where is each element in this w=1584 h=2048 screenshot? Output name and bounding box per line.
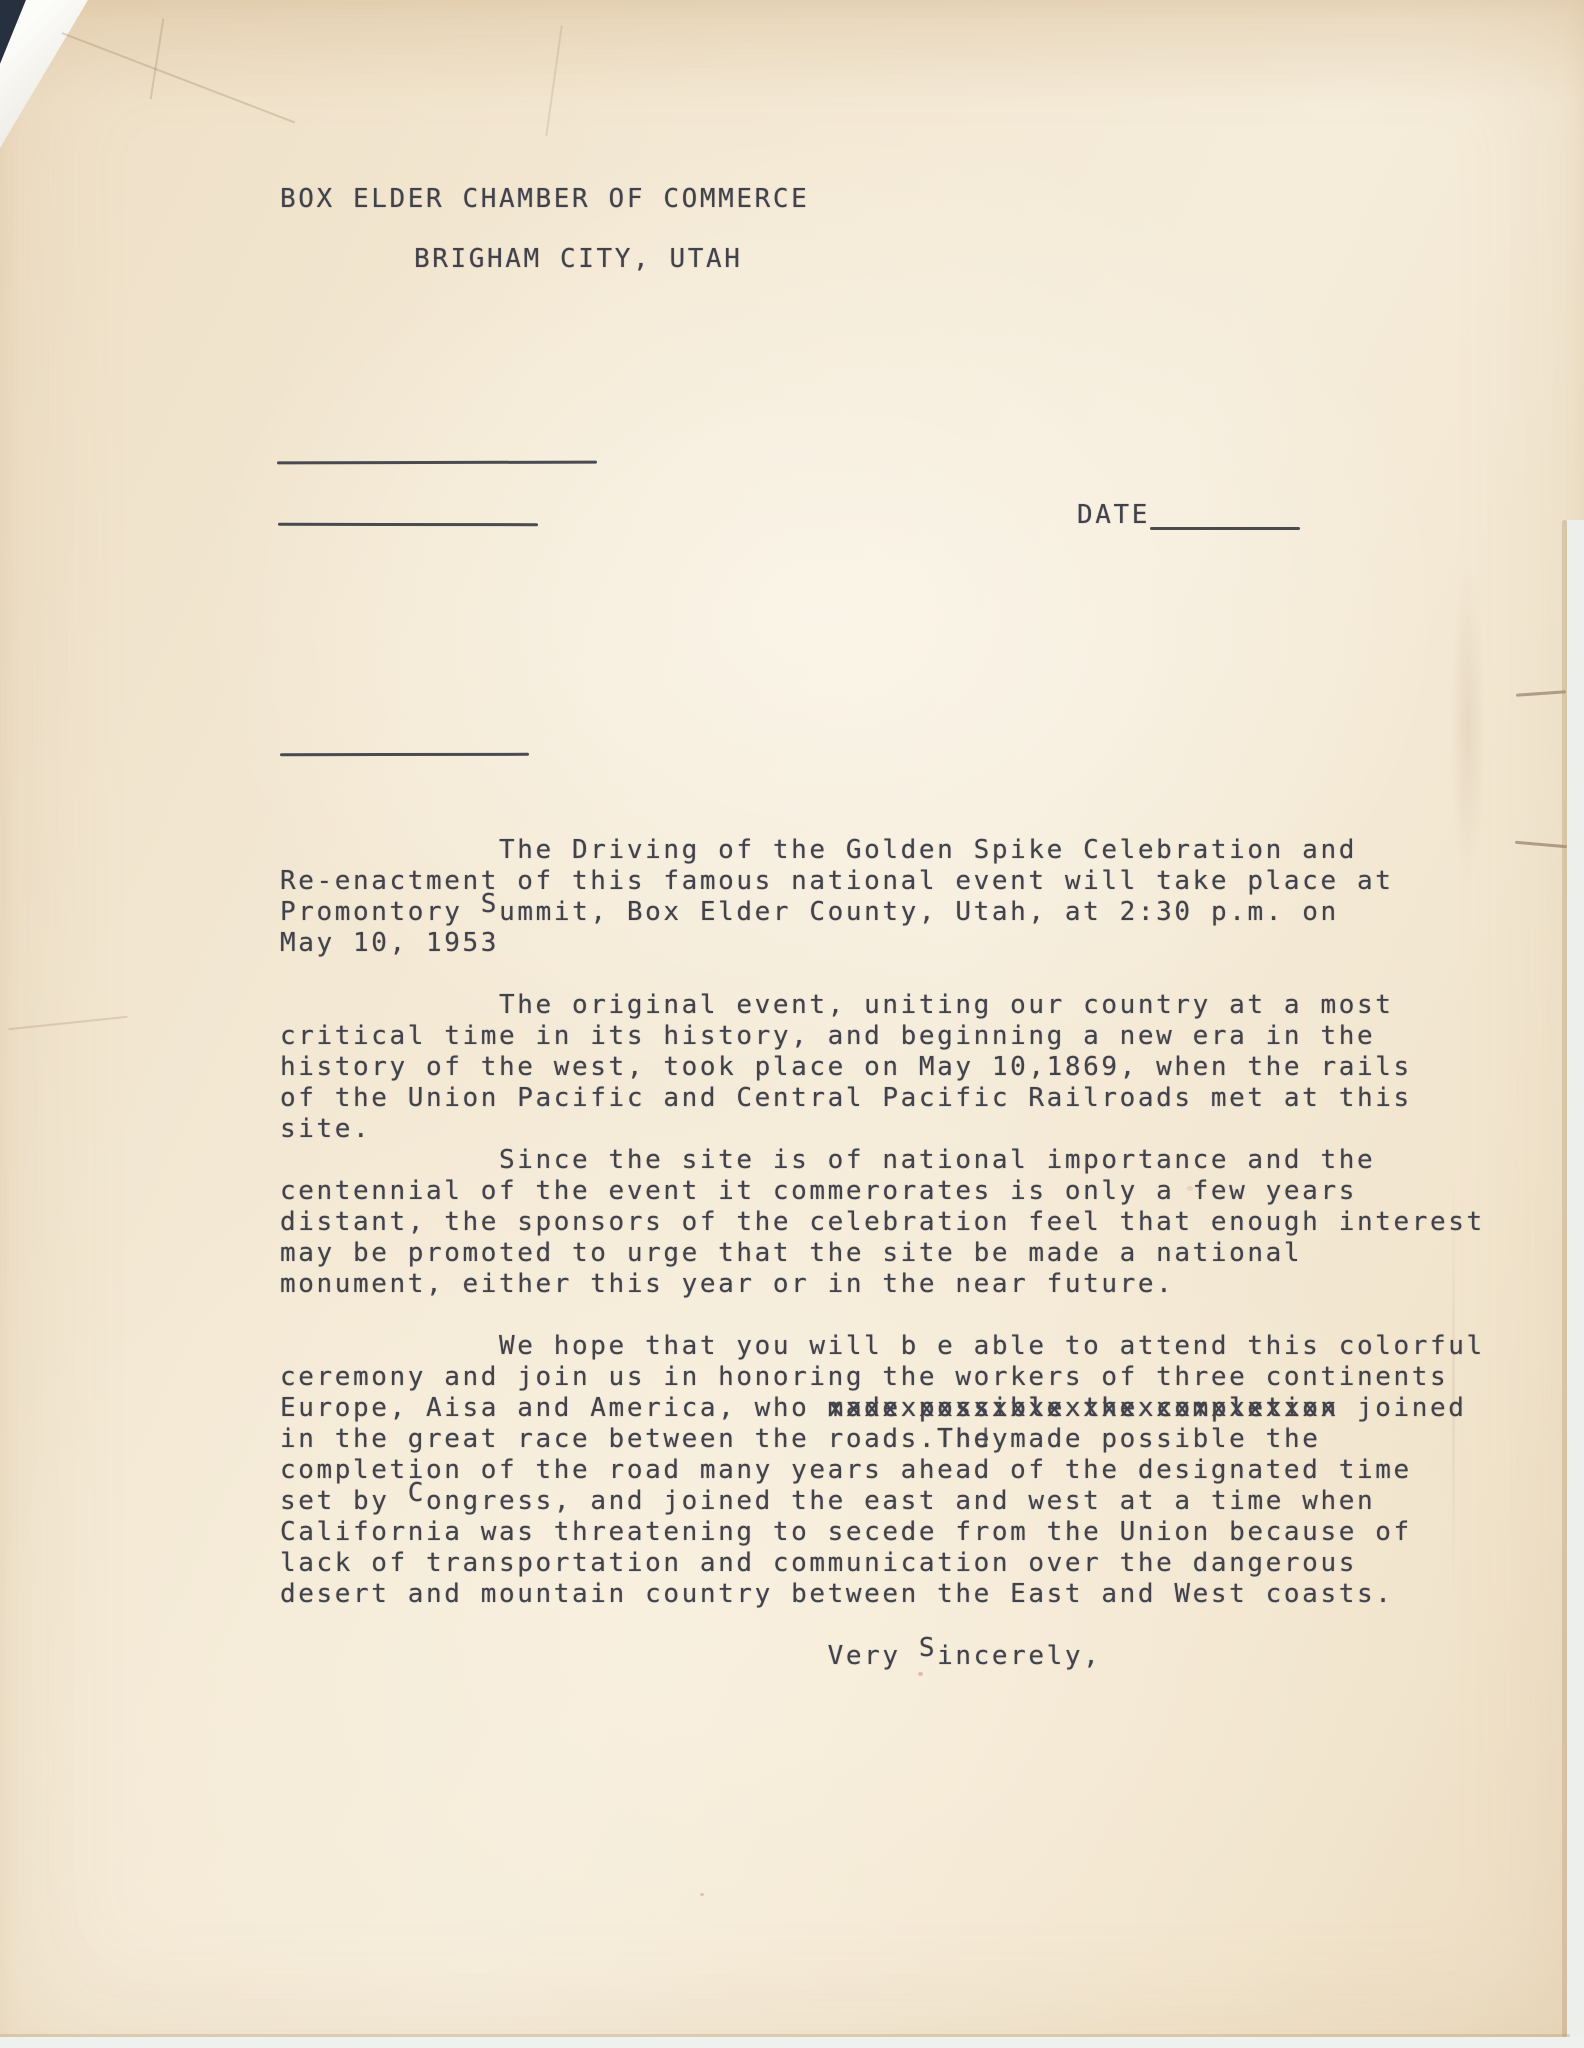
paper-crease <box>150 18 165 99</box>
letter-line: completion of the road many years ahead … <box>280 1455 1485 1486</box>
raised-letter: S <box>481 889 499 919</box>
scanner-background-bottom <box>0 2037 1584 2048</box>
fill-in-line-2 <box>278 523 538 526</box>
organization-location: BRIGHAM CITY, UTAH <box>414 244 743 274</box>
paper-speck <box>918 1672 923 1676</box>
paper-crease <box>61 32 295 123</box>
letter-body: The Driving of the Golden Spike Celebrat… <box>280 835 1485 1672</box>
raised-letter: S <box>919 1633 937 1663</box>
raised-letter: C <box>408 1478 426 1508</box>
letter-line: site. <box>280 1114 1485 1145</box>
paper-crease <box>1516 690 1566 696</box>
letter-line: Europe, Aisa and America, who made possi… <box>280 1393 1485 1424</box>
scanner-background-right <box>1567 520 1584 2048</box>
paper-crease <box>545 25 563 136</box>
fill-in-line-1 <box>277 461 597 465</box>
closing-line: Very Sincerely, <box>280 1641 1485 1672</box>
letter-line: history of the west, took place on May 1… <box>280 1052 1485 1083</box>
overtyped-text: TheyThd <box>937 1424 1010 1455</box>
letter-line: The Driving of the Golden Spike Celebrat… <box>280 835 1485 866</box>
letter-line: Since the site is of national importance… <box>280 1145 1485 1176</box>
struck-out-text: made possible the completionxxxxxxxxxxxx… <box>828 1393 1339 1424</box>
blank-line <box>280 1610 1485 1641</box>
letter-line: may be promoted to urge that the site be… <box>280 1238 1485 1269</box>
letter-line: set by Congress, and joined the east and… <box>280 1486 1485 1517</box>
blank-line <box>280 959 1485 990</box>
letter-line: critical time in its history, and beginn… <box>280 1021 1485 1052</box>
letter-line: California was threatening to secede fro… <box>280 1517 1485 1548</box>
letter-line: The original event, uniting our country … <box>280 990 1485 1021</box>
paper-sheet: BOX ELDER CHAMBER OF COMMERCE BRIGHAM CI… <box>0 0 1584 2048</box>
paper-speck <box>700 1893 704 1896</box>
letter-line: lack of transportation and communication… <box>280 1548 1485 1579</box>
letter-line: of the Union Pacific and Central Pacific… <box>280 1083 1485 1114</box>
letter-line: May 10, 1953 <box>280 928 1485 959</box>
blank-line <box>280 1300 1485 1331</box>
letter-line: in the great race between the roads.They… <box>280 1424 1485 1455</box>
letter-line: distant, the sponsors of the celebration… <box>280 1207 1485 1238</box>
paper-crease <box>1515 841 1567 849</box>
paper-crease <box>8 1016 128 1031</box>
date-fill-in-line <box>1150 527 1300 530</box>
letter-line: centennial of the event it commerorates … <box>280 1176 1485 1207</box>
letter-line: Re-enactment of this famous national eve… <box>280 866 1485 897</box>
letter-line: monument, either this year or in the nea… <box>280 1269 1485 1300</box>
date-label: DATE <box>1077 500 1150 530</box>
letter-line: Promontory Summit, Box Elder County, Uta… <box>280 897 1485 928</box>
organization-name: BOX ELDER CHAMBER OF COMMERCE <box>280 184 809 214</box>
fill-in-line-3 <box>280 753 529 756</box>
letter-line: ceremony and join us in honoring the wor… <box>280 1362 1485 1393</box>
scanned-letter: BOX ELDER CHAMBER OF COMMERCE BRIGHAM CI… <box>0 0 1584 2048</box>
letter-line: We hope that you will b e able to attend… <box>280 1331 1485 1362</box>
letter-line: desert and mountain country between the … <box>280 1579 1485 1610</box>
